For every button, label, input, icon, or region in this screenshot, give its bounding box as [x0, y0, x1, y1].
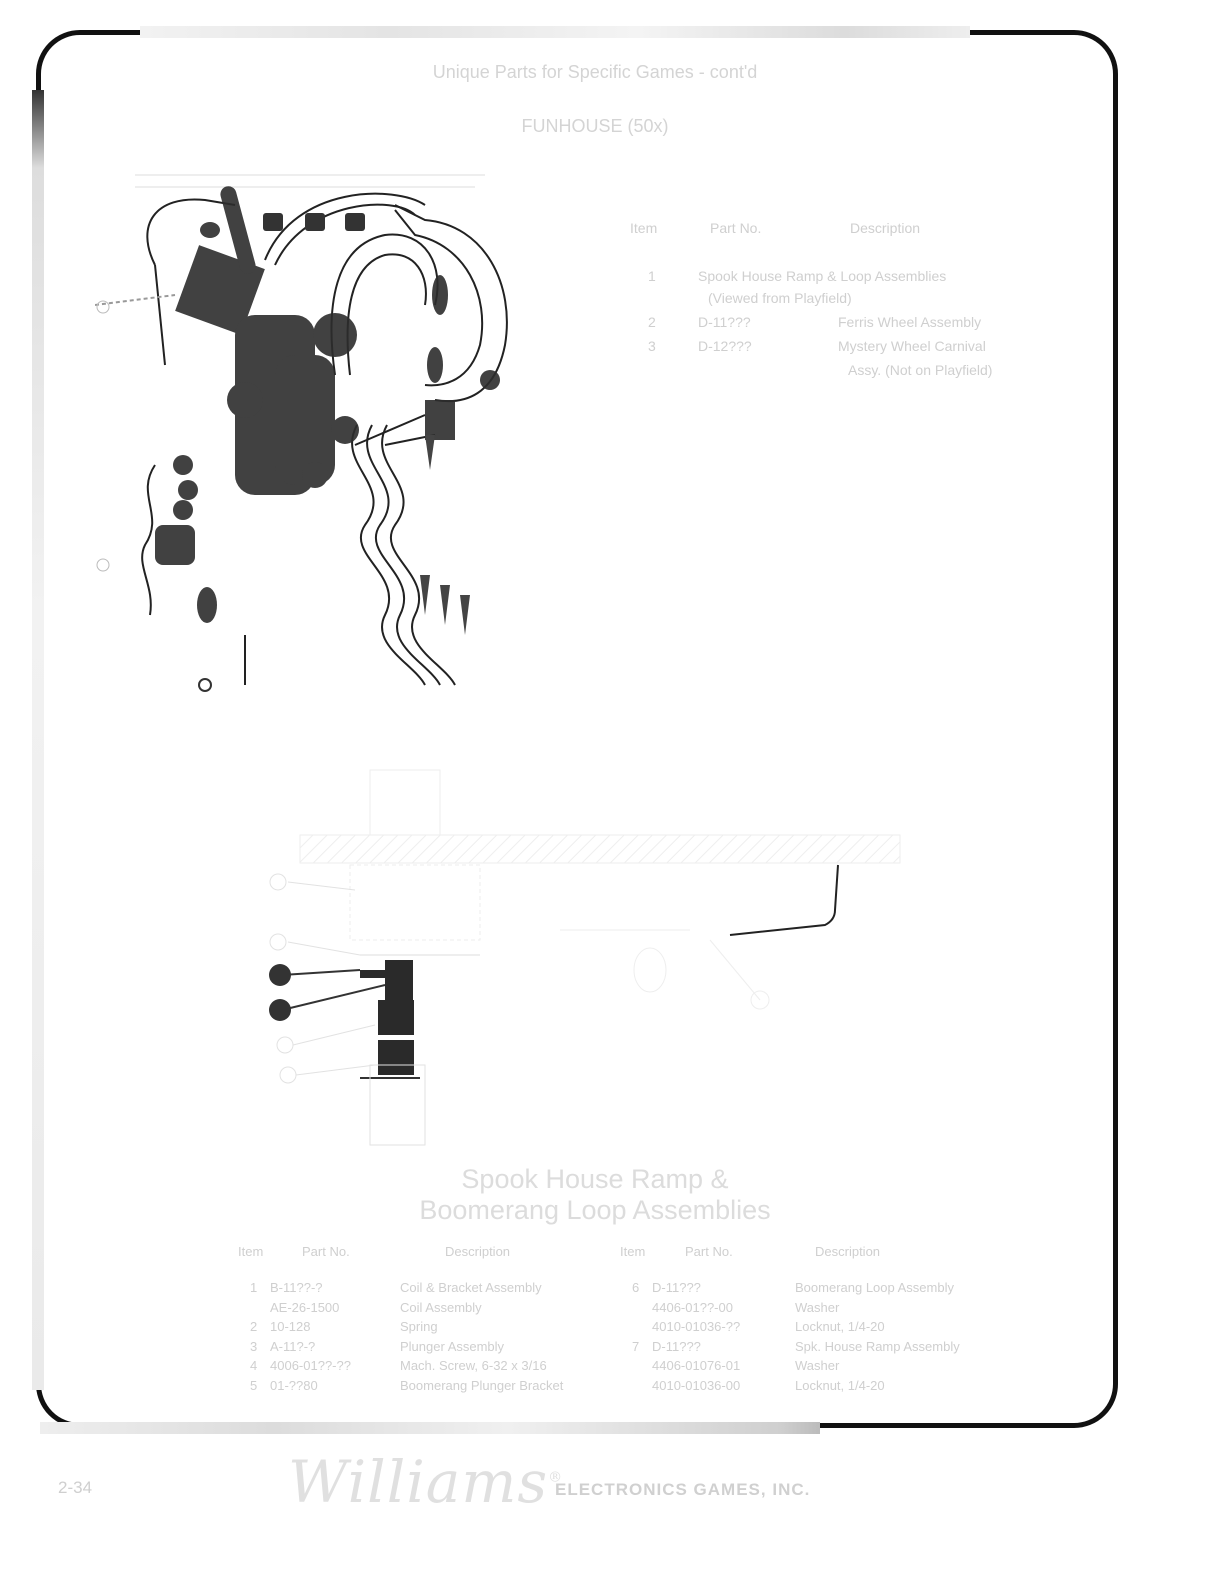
- item-description: Spook House Ramp & Loop Assemblies: [698, 268, 946, 284]
- part-number: D-11???: [652, 1280, 701, 1295]
- column-header: Item: [238, 1244, 263, 1259]
- item-description: Spring: [400, 1319, 438, 1334]
- company-name: ELECTRONICS GAMES, INC.: [555, 1480, 810, 1500]
- part-number: 4406-01076-01: [652, 1358, 740, 1373]
- plunger-cross-section-diagram: [260, 760, 920, 1150]
- item-description: (Viewed from Playfield): [708, 290, 852, 306]
- item-description: Locknut, 1/4-20: [795, 1378, 885, 1393]
- part-number: D-11???: [652, 1339, 701, 1354]
- item-description: Boomerang Loop Assembly: [795, 1280, 954, 1295]
- part-number: 4010-01036-00: [652, 1378, 740, 1393]
- item-description: Washer: [795, 1300, 839, 1315]
- item-description: Assy. (Not on Playfield): [848, 362, 992, 378]
- item-description: Spk. House Ramp Assembly: [795, 1339, 960, 1354]
- game-title: FUNHOUSE (50x): [0, 116, 1190, 137]
- playfield-ramp-diagram: [95, 165, 535, 705]
- column-header: Description: [445, 1244, 510, 1259]
- item-description: Mach. Screw, 6-32 x 3/16: [400, 1358, 547, 1373]
- assembly-title-line1: Spook House Ramp &: [0, 1162, 1190, 1196]
- section-title: Unique Parts for Specific Games - cont'd: [0, 62, 1190, 83]
- item-description: Boomerang Plunger Bracket: [400, 1378, 563, 1393]
- parts-table-bottom: Item Part No. Description Item Part No. …: [230, 1240, 1030, 1400]
- item-description: Coil & Bracket Assembly: [400, 1280, 542, 1295]
- part-number: AE-26-1500: [270, 1300, 339, 1315]
- williams-logo: Williams®: [288, 1448, 563, 1516]
- column-header: Description: [815, 1244, 880, 1259]
- parts-table-top: Item Part No. Description 1 Spook House …: [630, 220, 1090, 390]
- item-description: Locknut, 1/4-20: [795, 1319, 885, 1334]
- part-number: 01-??80: [270, 1378, 318, 1393]
- part-number: 4406-01??-00: [652, 1300, 733, 1315]
- part-number: D-11???: [698, 314, 751, 330]
- assembly-title-line2: Boomerang Loop Assemblies: [0, 1193, 1190, 1227]
- item-description: Plunger Assembly: [400, 1339, 504, 1354]
- column-header: Item: [630, 220, 657, 236]
- column-header: Item: [620, 1244, 645, 1259]
- frame-scan-fade: [40, 1422, 820, 1434]
- item-number: 4: [250, 1358, 257, 1373]
- part-number: 4010-01036-??: [652, 1319, 740, 1334]
- item-description: Mystery Wheel Carnival: [838, 338, 986, 354]
- brand-name: Williams: [288, 1448, 548, 1516]
- part-number: 4006-01??-??: [270, 1358, 351, 1373]
- item-number: 5: [250, 1378, 257, 1393]
- item-number: 3: [250, 1339, 257, 1354]
- page-number: 2-34: [58, 1478, 92, 1498]
- item-number: 6: [632, 1280, 639, 1295]
- part-number: D-12???: [698, 338, 752, 354]
- column-header: Part No.: [710, 220, 761, 236]
- item-number: 3: [648, 338, 656, 354]
- item-number: 1: [250, 1280, 257, 1295]
- item-number: 1: [648, 268, 656, 284]
- item-number: 2: [250, 1319, 257, 1334]
- column-header: Part No.: [685, 1244, 733, 1259]
- part-number: A-11?-?: [270, 1339, 315, 1354]
- item-description: Washer: [795, 1358, 839, 1373]
- item-description: Coil Assembly: [400, 1300, 482, 1315]
- column-header: Part No.: [302, 1244, 350, 1259]
- item-number: 7: [632, 1339, 639, 1354]
- part-number: 10-128: [270, 1319, 310, 1334]
- item-description: Ferris Wheel Assembly: [838, 314, 981, 330]
- part-number: B-11??-?: [270, 1280, 323, 1295]
- item-number: 2: [648, 314, 656, 330]
- column-header: Description: [850, 220, 920, 236]
- frame-scan-fade: [140, 26, 970, 38]
